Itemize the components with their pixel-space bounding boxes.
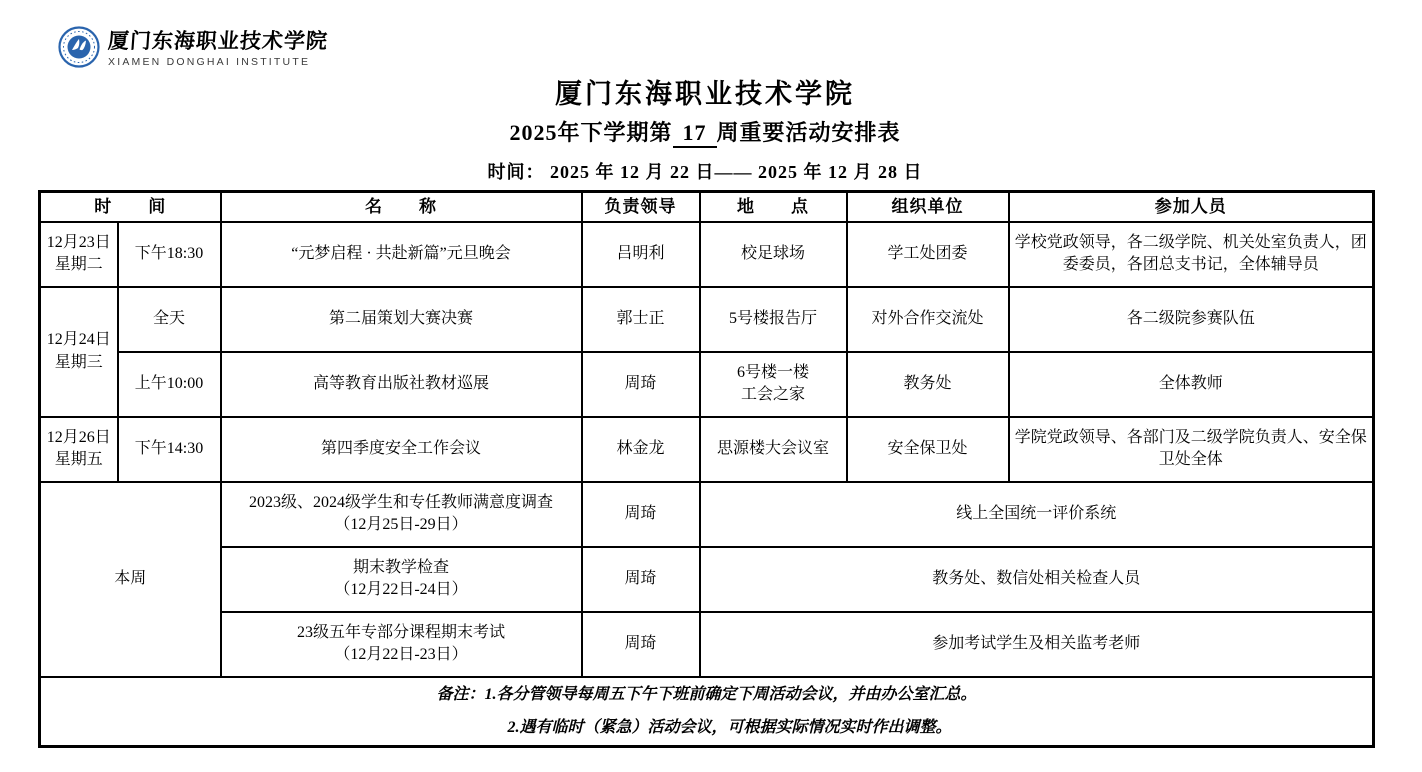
table-row: 上午10:00 高等教育出版社教材巡展 周琦 6号楼一楼 工会之家 教务处 全体…	[40, 352, 1374, 417]
cell-participants: 学院党政领导、各部门及二级学院负责人、安全保卫处全体	[1009, 417, 1374, 482]
table-row: 本周 2023级、2024级学生和专任教师满意度调查 （12月25日-29日） …	[40, 482, 1374, 547]
col-header-time: 时 间	[40, 192, 221, 222]
cell-activity-name: 高等教育出版社教材巡展	[221, 352, 582, 417]
note-line-1: 备注：1.各分管领导每周五下午下班前确定下周活动会议，并由办公室汇总。	[45, 684, 1368, 706]
cell-activity-name: 第四季度安全工作会议	[221, 417, 582, 482]
week-number: 17	[673, 120, 717, 148]
col-header-place: 地 点	[700, 192, 847, 222]
cell-merged-info: 参加考试学生及相关监考老师	[700, 612, 1374, 677]
cell-leader: 吕明利	[582, 222, 700, 287]
cell-time: 下午14:30	[118, 417, 221, 482]
cell-time: 全天	[118, 287, 221, 352]
cell-leader: 周琦	[582, 612, 700, 677]
cell-activity-name: 期末教学检查 （12月22日-24日）	[221, 547, 582, 612]
cell-date: 12月23日 星期二	[40, 222, 118, 287]
cell-date: 12月24日 星期三	[40, 287, 118, 417]
cell-time: 下午18:30	[118, 222, 221, 287]
logo-name-zh: 厦门东海职业技术学院	[107, 25, 329, 55]
subtitle-prefix: 2025年下学期第	[509, 120, 672, 145]
cell-org: 安全保卫处	[847, 417, 1009, 482]
col-header-leader: 负责领导	[582, 192, 700, 222]
cell-participants: 各二级院参赛队伍	[1009, 287, 1374, 352]
table-row: 12月24日 星期三 全天 第二届策划大赛决赛 郭士正 5号楼报告厅 对外合作交…	[40, 287, 1374, 352]
cell-activity-name: 第二届策划大赛决赛	[221, 287, 582, 352]
page-subtitle: 2025年下学期第17周重要活动安排表	[38, 116, 1372, 148]
cell-time: 上午10:00	[118, 352, 221, 417]
table-row: 23级五年专部分课程期末考试 （12月22日-23日） 周琦 参加考试学生及相关…	[40, 612, 1374, 677]
table-row: 期末教学检查 （12月22日-24日） 周琦 教务处、数信处相关检查人员	[40, 547, 1374, 612]
institute-logo: 厦门东海职业技术学院 XIAMEN DONGHAI INSTITUTE	[58, 25, 328, 68]
cell-leader: 林金龙	[582, 417, 700, 482]
date-range: 时间： 2025 年 12 月 22 日—— 2025 年 12 月 28 日	[38, 158, 1372, 184]
cell-place: 思源楼大会议室	[700, 417, 847, 482]
cell-place: 5号楼报告厅	[700, 287, 847, 352]
logo-name-en: XIAMEN DONGHAI INSTITUTE	[108, 56, 328, 68]
table-header-row: 时 间 名 称 负责领导 地 点 组织单位 参加人员	[40, 192, 1374, 222]
cell-leader: 周琦	[582, 482, 700, 547]
cell-activity-name: “元梦启程 · 共赴新篇”元旦晚会	[221, 222, 582, 287]
cell-week: 本周	[40, 482, 221, 677]
page-title: 厦门东海职业技术学院	[38, 72, 1372, 111]
cell-date: 12月26日 星期五	[40, 417, 118, 482]
institute-emblem-icon	[58, 26, 100, 68]
cell-leader: 周琦	[582, 352, 700, 417]
notes-row: 备注：1.各分管领导每周五下午下班前确定下周活动会议，并由办公室汇总。 2.遇有…	[40, 677, 1374, 747]
schedule-table: 时 间 名 称 负责领导 地 点 组织单位 参加人员 12月23日 星期二 下午…	[38, 190, 1375, 748]
cell-org: 对外合作交流处	[847, 287, 1009, 352]
col-header-name: 名 称	[221, 192, 582, 222]
cell-org: 学工处团委	[847, 222, 1009, 287]
notes-cell: 备注：1.各分管领导每周五下午下班前确定下周活动会议，并由办公室汇总。 2.遇有…	[40, 677, 1374, 747]
cell-leader: 周琦	[582, 547, 700, 612]
cell-activity-name: 23级五年专部分课程期末考试 （12月22日-23日）	[221, 612, 582, 677]
table-row: 12月23日 星期二 下午18:30 “元梦启程 · 共赴新篇”元旦晚会 吕明利…	[40, 222, 1374, 287]
cell-participants: 学校党政领导，各二级学院、机关处室负责人，团委委员，各团总支书记，全体辅导员	[1009, 222, 1374, 287]
col-header-participants: 参加人员	[1009, 192, 1374, 222]
schedule-document: { "logo": { "name_zh": "厦门东海职业技术学院", "na…	[0, 0, 1422, 772]
cell-org: 教务处	[847, 352, 1009, 417]
cell-place: 校足球场	[700, 222, 847, 287]
cell-activity-name: 2023级、2024级学生和专任教师满意度调查 （12月25日-29日）	[221, 482, 582, 547]
col-header-org: 组织单位	[847, 192, 1009, 222]
note-line-2: 2.遇有临时（紧急）活动会议，可根据实际情况实时作出调整。	[45, 717, 1368, 739]
cell-leader: 郭士正	[582, 287, 700, 352]
cell-participants: 全体教师	[1009, 352, 1374, 417]
cell-merged-info: 线上全国统一评价系统	[700, 482, 1374, 547]
subtitle-suffix: 周重要活动安排表	[717, 120, 901, 145]
cell-merged-info: 教务处、数信处相关检查人员	[700, 547, 1374, 612]
table-row: 12月26日 星期五 下午14:30 第四季度安全工作会议 林金龙 思源楼大会议…	[40, 417, 1374, 482]
cell-place: 6号楼一楼 工会之家	[700, 352, 847, 417]
